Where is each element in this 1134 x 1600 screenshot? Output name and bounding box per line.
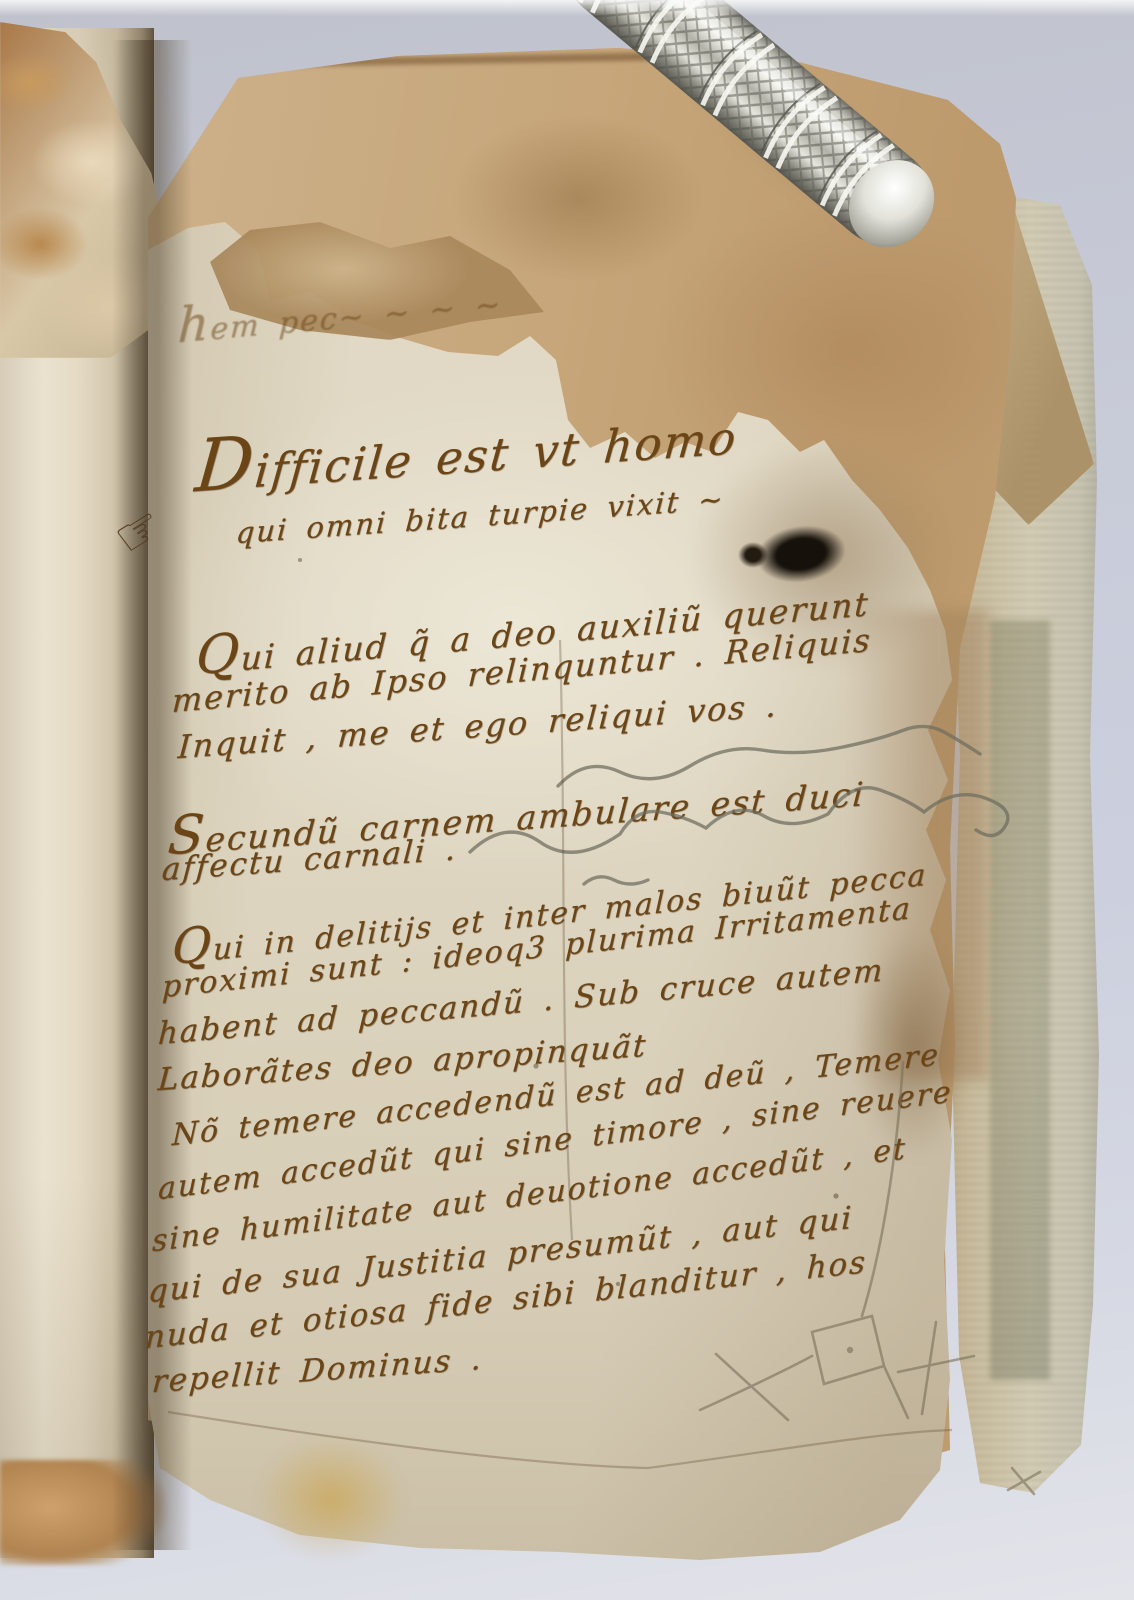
book-clasp [540,0,1000,310]
gutter-shadow [112,40,192,1550]
page-stack-discoloration [990,620,1050,1380]
ink-blot [738,542,768,568]
photo-canvas: hem pec~ ~ ~ ~ Difficile est vt homo qui… [0,0,1134,1600]
yellow-stain [256,1436,406,1561]
paper-stain [855,930,970,1160]
